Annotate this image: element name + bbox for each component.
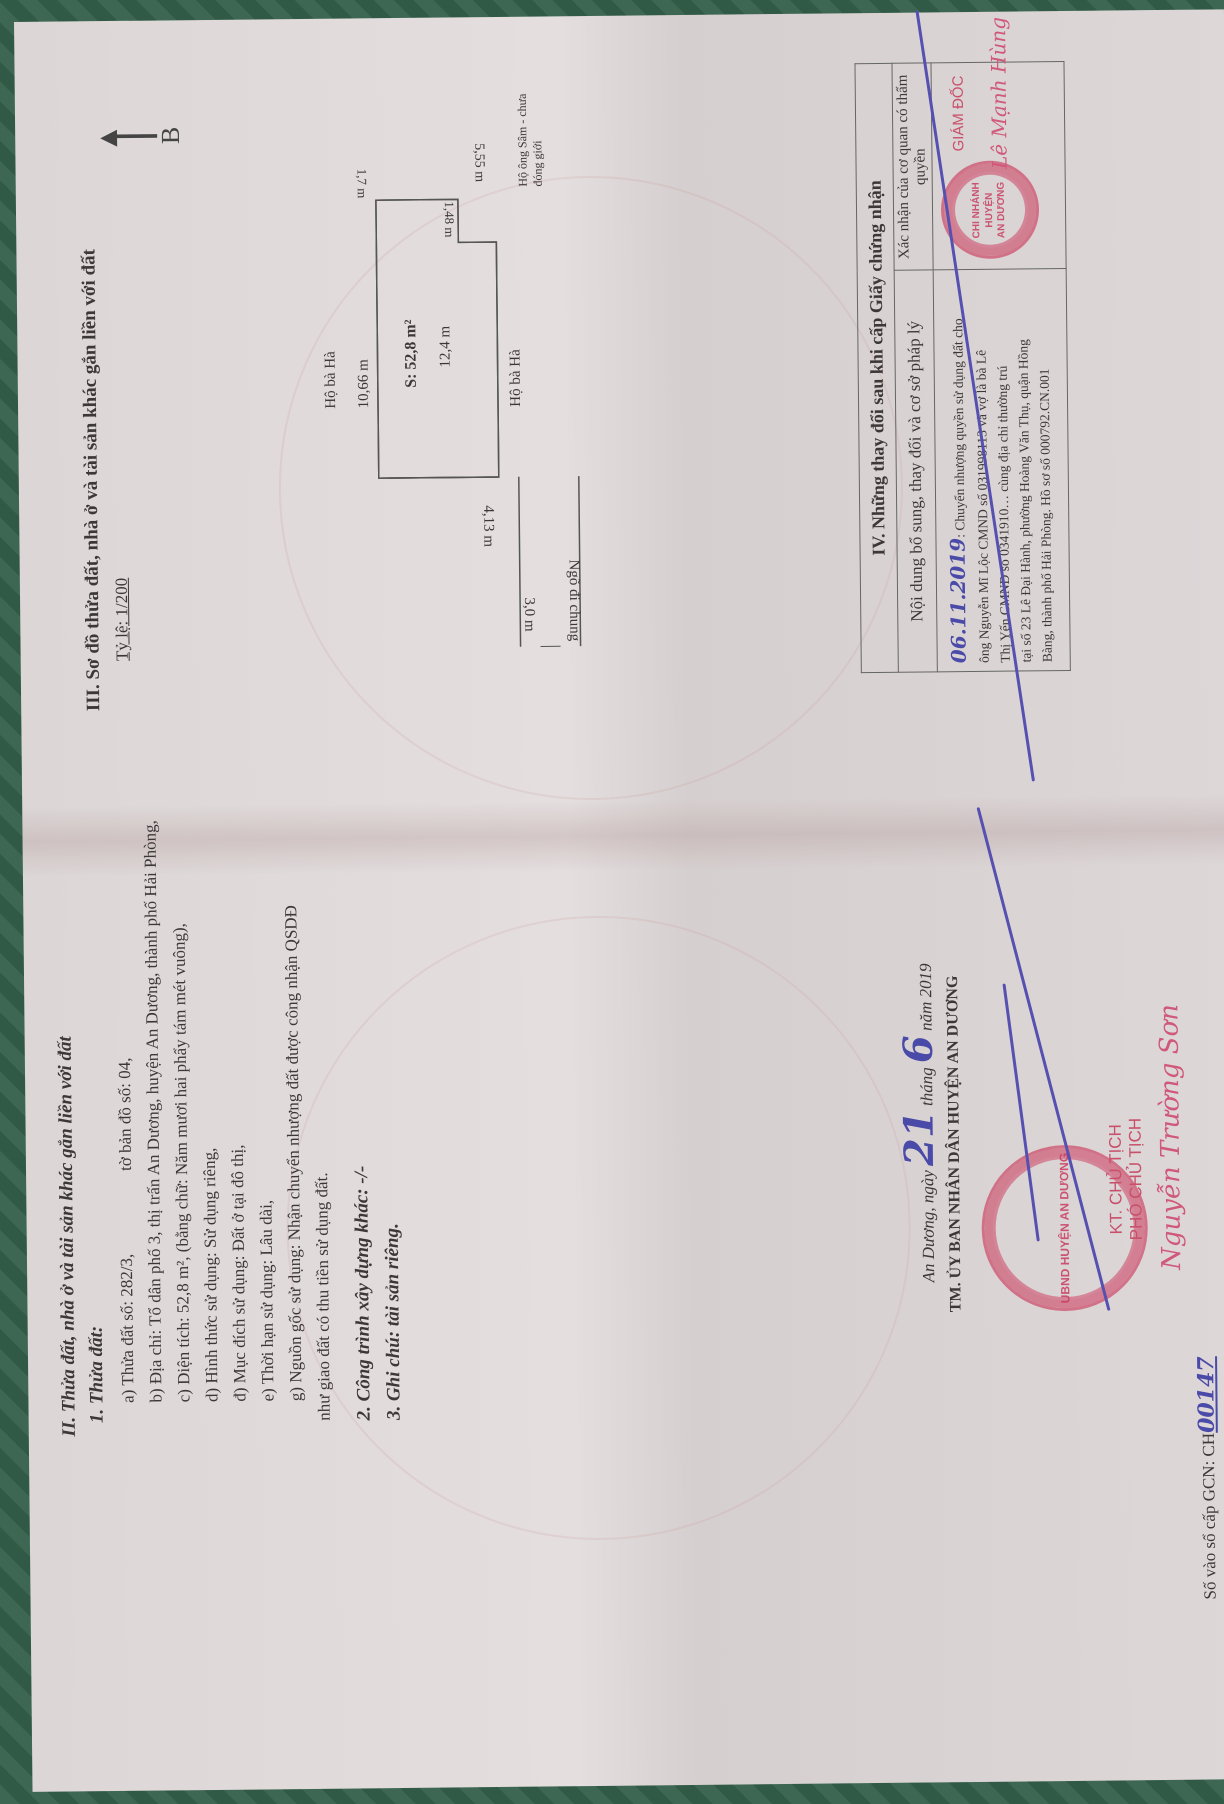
registry-number: Số vào sổ cấp GCN: CH00147 [1193,1356,1222,1600]
diagram-scale: Tỷ lệ: 1/200 [112,578,133,661]
alley-label: Ngõ đi chung [565,559,583,641]
section-ii-title: II. Thửa đất, nhà ở và tài sản khác gắn … [55,1036,81,1436]
changes-section: IV. Những thay đổi sau khi cấp Giấy chứn… [854,61,1070,673]
issue-day: 21 [895,1110,943,1166]
confirmation-title: GIÁM ĐỐC [950,76,968,152]
usage-origin-cont: như giao đất có thu tiền sử dụng đất. [312,1172,335,1421]
changes-table: IV. Những thay đổi sau khi cấp Giấy chứn… [854,61,1070,673]
usage-origin: g) Nguồn gốc sử dụng: Nhận chuyển nhượng… [281,905,306,1401]
back-width: 5,55 m [470,143,486,182]
plot-area: S: 52,8 m² [402,319,421,388]
section-ii-sub1-title: 1. Thửa đất: [86,1326,109,1424]
issue-date: An Dương, ngày 21 tháng 6 năm 2019 [894,963,944,1283]
certificate-sheet: ◀━━━ B II. Thửa đất, nhà ở và tài sản kh… [14,9,1224,1792]
column-header-content: Nội dung bổ sung, thay đổi và cơ sở pháp… [894,270,937,672]
parcel-number: a) Thửa đất số: 282/3, [117,1254,139,1403]
change-content-cell: 06.11.2019: Chuyển nhượng quyền sử dụng … [933,269,1070,672]
parcel-area: c) Diện tích: 52,8 m², (bằng chữ: Năm mư… [169,923,194,1402]
usage-form: d) Hình thức sử dụng: Sử dụng riêng, [200,1148,223,1402]
map-sheet-number: tờ bản đồ số: 04, [115,1057,136,1171]
other-constructions: 2. Công trình xây dựng khác: -/- [351,1166,376,1421]
column-header-confirmation: Xác nhận của cơ quan có thẩm quyền [892,63,933,271]
right-side-length: 12,4 m [437,326,454,368]
issue-month: 6 [895,1035,942,1063]
notch-depth: 1,48 m [441,201,457,237]
official-stamp-branch: CHI NHÁNH HUYỆN AN DƯƠNG [941,161,1040,260]
section-iii-title: III. Sơ đồ thửa đất, nhà ở và tài sản kh… [78,249,105,711]
left-side-length: 10,66 m [356,359,374,408]
usage-term: e) Thời hạn sử dụng: Lâu dài, [256,1200,278,1402]
issuing-authority: TM. ỦY BAN NHÂN DÂN HUYỆN AN DƯƠNG [944,976,966,1313]
signer-name: Nguyễn Trường Sơn [1154,1004,1187,1270]
neighbor-top: Hộ bà Hà [322,351,340,409]
notch-width: 1,7 m [354,169,370,199]
signer-title: KT. CHỦ TỊCH PHÓ CHỦ TỊCH [1106,1118,1147,1241]
parcel-address: b) Địa chỉ: Tổ dân phố 3, thị trấn An Dư… [140,820,166,1403]
section-iv-title: IV. Những thay đổi sau khi cấp Giấy chứn… [855,63,898,672]
neighbor-back: Hộ ông Sâm - chưa đóng giới [515,76,546,186]
document-content: II. Thửa đất, nhà ở và tài sản khác gắn … [14,9,1224,1792]
front-width: 4,13 m [479,505,496,547]
change-date: 06.11.2019 [945,538,970,664]
neighbor-bottom: Hộ bà Hà [507,349,525,407]
alley-width: 3,0 m [520,597,537,631]
notes: 3. Ghi chú: tài sản riêng. [382,1223,406,1420]
usage-purpose: đ) Mục đích sử dụng: Đất ở tại đô thị, [228,1144,251,1401]
confirmation-signer: Lê Mạnh Hùng [986,17,1012,169]
